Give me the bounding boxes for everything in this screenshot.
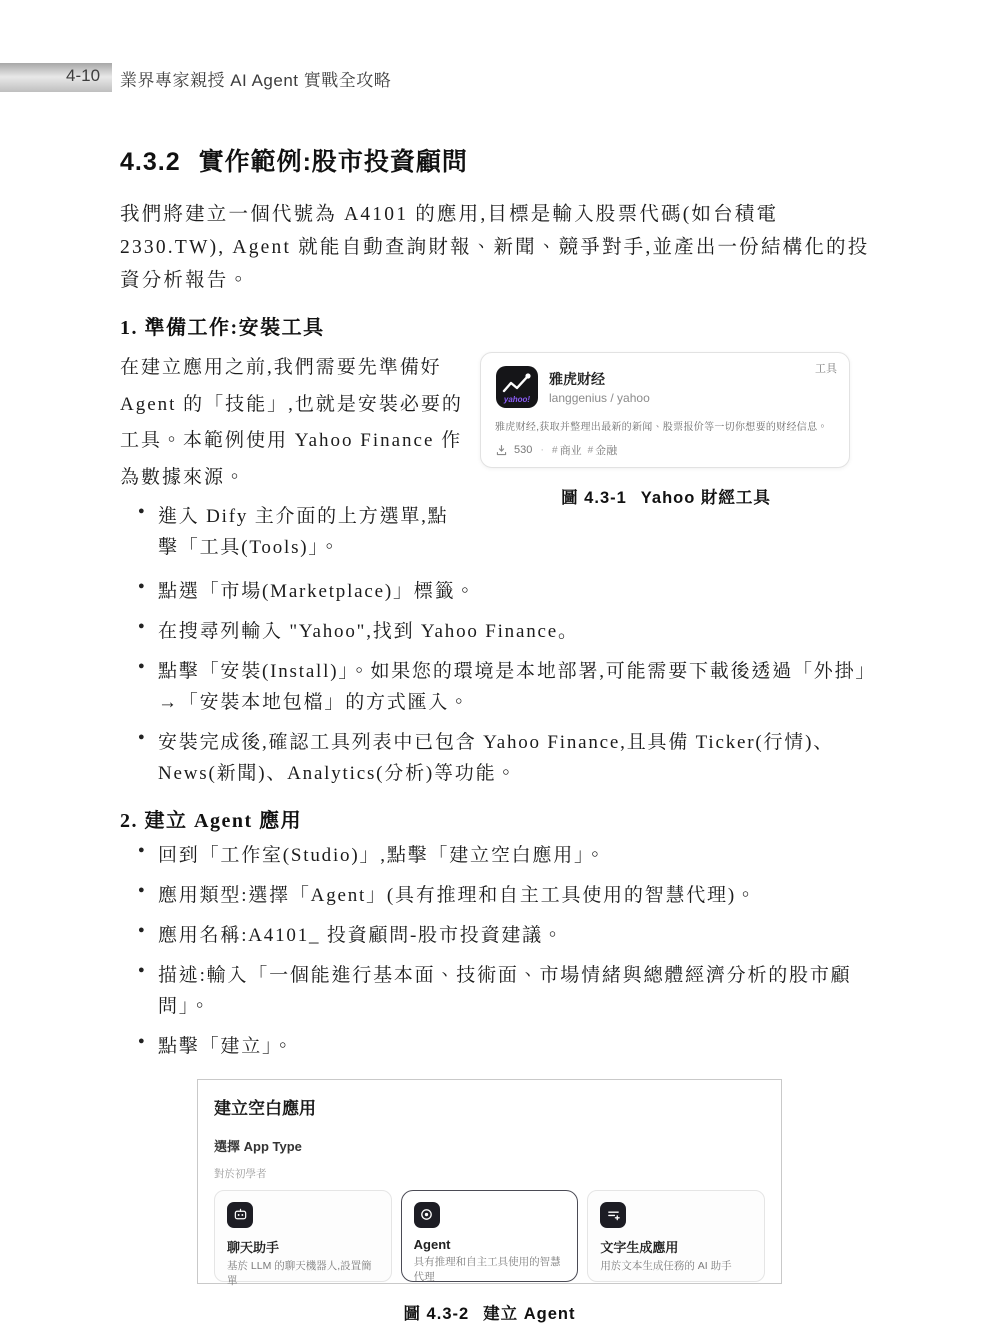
chat-assistant-icon — [227, 1202, 253, 1228]
tool-description: 雅虎财经,获取并整理出最新的新闻、股票报价等一切你想要的财经信息。 — [495, 418, 835, 433]
list-item: 安裝完成後,確認工具列表中已包含 Yahoo Finance,且具備 Ticke… — [136, 728, 890, 790]
download-icon — [495, 444, 508, 457]
list-item: 在搜尋列輸入 "Yahoo",找到 Yahoo Finance。 — [136, 617, 890, 648]
figure2-caption: 圖 4.3-2建立 Agent — [197, 1300, 782, 1324]
app-type-row: 聊天助手 基於 LLM 的聊天機器人,設置簡單 Agent 具有推理和自主工具使… — [214, 1190, 765, 1282]
figure1-title: Yahoo 財經工具 — [641, 489, 771, 507]
step2-bullets: 回到「工作室(Studio)」,點擊「建立空白應用」。 應用類型:選擇「Agen… — [136, 841, 890, 1063]
page-number: 4-10 — [66, 66, 100, 86]
book-title: 業界專家親授 AI Agent 實戰全攻略 — [120, 66, 391, 91]
two-column-zone: 在建立應用之前,我們需要先準備好 Agent 的「技能」,也就是安裝必要的工具。… — [120, 348, 890, 573]
tool-card-footer: 530 · #商业 #金融 — [495, 442, 835, 458]
running-header: 4-10 業界專家親授 AI Agent 實戰全攻略 — [0, 63, 1000, 92]
create-blank-app-dialog-screenshot: 建立空白應用 選擇 App Type 對於初學者 聊天 — [197, 1079, 782, 1284]
step1-heading: 1. 準備工作:安裝工具 — [120, 311, 890, 340]
dot-separator: · — [540, 444, 544, 456]
intro-paragraph: 我們將建立一個代號為 A4101 的應用,目標是輸入股票代碼(如台積電 2330… — [120, 198, 890, 297]
section-heading: 4.3.2實作範例:股市投資顧問 — [120, 142, 890, 178]
figure2-title: 建立 Agent — [483, 1305, 575, 1323]
list-item: 描述:輸入「一個能進行基本面、技術面、市場情緒與總體經濟分析的股市顧問」。 — [136, 961, 890, 1023]
tag-finance: #金融 — [588, 442, 618, 458]
tool-type-badge: 工具 — [815, 360, 837, 376]
list-item: 點擊「建立」。 — [136, 1032, 890, 1063]
app-type-name: Agent — [414, 1237, 566, 1252]
dialog-title: 建立空白應用 — [214, 1094, 765, 1119]
book-page: 4-10 業界專家親授 AI Agent 實戰全攻略 4.3.2實作範例:股市投… — [0, 0, 1000, 1341]
list-item: 點選「市場(Marketplace)」標籤。 — [136, 577, 890, 608]
step2-heading: 2. 建立 Agent 應用 — [120, 804, 890, 833]
left-column: 在建立應用之前,我們需要先準備好 Agent 的「技能」,也就是安裝必要的工具。… — [120, 348, 468, 573]
figure2-block: 建立空白應用 選擇 App Type 對於初學者 聊天 — [197, 1079, 782, 1324]
right-column-figure: 工具 yahoo! 雅虎财经 langgenius / yahoo — [480, 348, 852, 573]
app-type-description: 具有推理和自主工具使用的智慧代理 — [414, 1255, 566, 1285]
app-type-name: 聊天助手 — [227, 1237, 379, 1256]
step1-bullets-left: 進入 Dify 主介面的上方選單,點擊「工具(Tools)」。 — [136, 502, 468, 564]
yahoo-finance-tool-card: 工具 yahoo! 雅虎财经 langgenius / yahoo — [480, 352, 850, 468]
dialog-subtitle: 選擇 App Type — [214, 1136, 765, 1155]
step1-bullets: 點選「市場(Marketplace)」標籤。 在搜尋列輸入 "Yahoo",找到… — [136, 577, 890, 790]
list-item: 點擊「安裝(Install)」。如果您的環境是本地部署,可能需要下載後透過「外掛… — [136, 657, 890, 719]
hash-icon: # — [588, 445, 594, 456]
svg-text:yahoo!: yahoo! — [503, 395, 531, 404]
figure1-label: 圖 4.3-1 — [561, 489, 627, 507]
tool-name: 雅虎财经 — [549, 370, 650, 388]
tag-label: 金融 — [595, 442, 617, 458]
app-type-description: 用於文本生成任務的 AI 助手 — [600, 1259, 752, 1274]
dialog-hint: 對於初學者 — [214, 1166, 765, 1181]
hash-icon: # — [552, 445, 558, 456]
tag-business: #商业 — [552, 442, 582, 458]
section-number: 4.3.2 — [120, 148, 181, 176]
figure2-label: 圖 4.3-2 — [403, 1305, 469, 1323]
tool-vendor: langgenius / yahoo — [549, 391, 650, 405]
text-generator-icon — [600, 1202, 626, 1228]
page-content: 4.3.2實作範例:股市投資顧問 我們將建立一個代號為 A4101 的應用,目標… — [120, 142, 890, 1324]
figure1-caption: 圖 4.3-1Yahoo 財經工具 — [480, 484, 852, 508]
agent-icon — [414, 1202, 440, 1228]
tool-card-titles: 雅虎财经 langgenius / yahoo — [549, 370, 650, 404]
app-type-card-chat-assistant: 聊天助手 基於 LLM 的聊天機器人,設置簡單 — [214, 1190, 392, 1282]
app-type-description: 基於 LLM 的聊天機器人,設置簡單 — [227, 1259, 379, 1289]
list-item: 應用類型:選擇「Agent」(具有推理和自主工具使用的智慧代理)。 — [136, 881, 890, 912]
step1-paragraph: 在建立應用之前,我們需要先準備好 Agent 的「技能」,也就是安裝必要的工具。… — [120, 350, 468, 496]
list-item: 進入 Dify 主介面的上方選單,點擊「工具(Tools)」。 — [136, 502, 468, 564]
list-item: 回到「工作室(Studio)」,點擊「建立空白應用」。 — [136, 841, 890, 872]
app-type-card-agent: Agent 具有推理和自主工具使用的智慧代理 — [401, 1190, 579, 1282]
yahoo-finance-icon: yahoo! — [495, 365, 539, 409]
list-item: 應用名稱:A4101_ 投資顧問-股市投資建議。 — [136, 921, 890, 952]
tool-card-header: yahoo! 雅虎财经 langgenius / yahoo — [495, 365, 835, 409]
app-type-card-text-generator: 文字生成應用 用於文本生成任務的 AI 助手 — [587, 1190, 765, 1282]
install-count: 530 — [514, 444, 532, 456]
tag-label: 商业 — [560, 442, 582, 458]
app-type-name: 文字生成應用 — [600, 1237, 752, 1256]
section-title: 實作範例:股市投資顧問 — [199, 148, 468, 176]
